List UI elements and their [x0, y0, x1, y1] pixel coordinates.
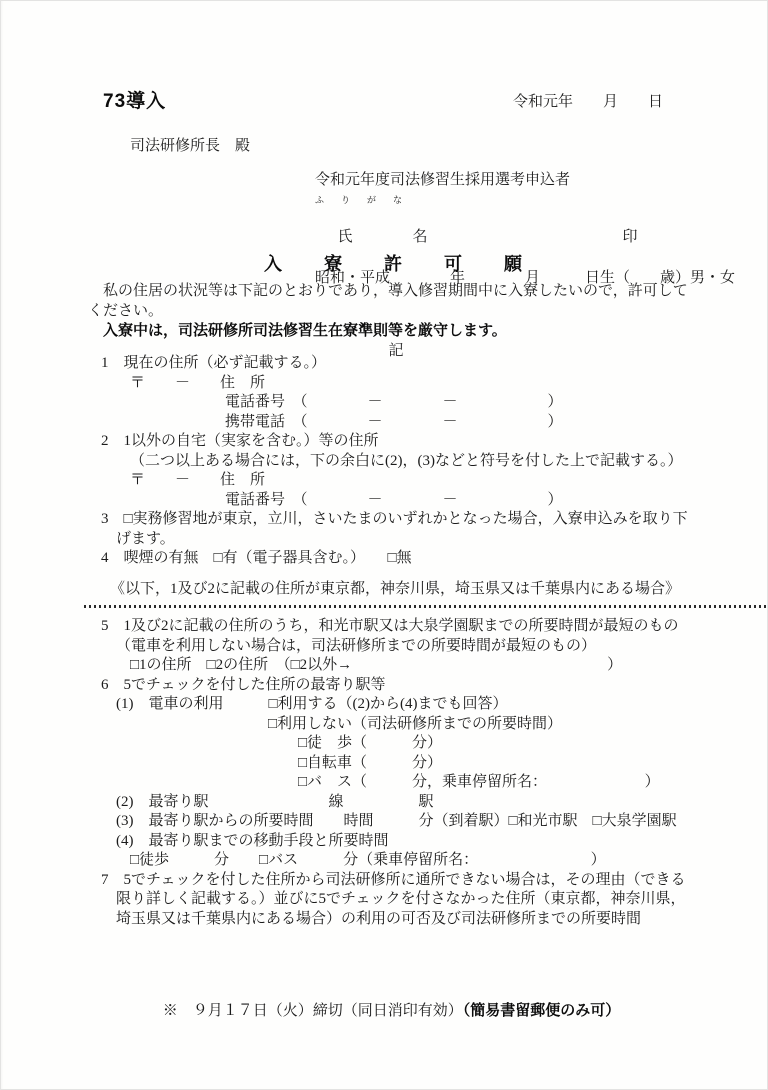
intro-line-2: ください。 [88, 301, 704, 321]
form-line: 電話番号 （ － － ） [88, 491, 728, 511]
form-line: 3 □実務修習地が東京，立川，さいたまのいずれかとなった場合，入寮申込みを取り下 [88, 510, 728, 530]
furigana-label: ふ り が な [315, 194, 735, 207]
form-line: 7 5でチェックを付した住所から司法研修所に通所できない場合は，その理由（できる [88, 871, 728, 891]
scanned-form-page: 73導入 令和元年 月 日 司法研修所長 殿 令和元年度司法修習生採用選考申込者… [0, 0, 768, 1090]
addressee-line: 司法研修所長 殿 [130, 134, 250, 155]
date-line: 令和元年 月 日 [513, 90, 663, 111]
form-line: 携帯電話 （ － － ） [88, 413, 728, 433]
form-line: 〒 － 住 所 [88, 374, 728, 394]
pledge-line: 入寮中は，司法研修所司法修習生在寮準則等を厳守します。 [88, 321, 704, 341]
form-section-1: 1 現在の住所（必ず記載する。）〒 － 住 所電話番号 （ － － ）携帯電話 … [88, 354, 728, 569]
conditional-note: 《以下，1及び2に記載の住所が東京都，神奈川県，埼玉県又は千葉県内にある場合》 [88, 580, 728, 600]
form-line: 2 1以外の自宅（実家を含む。）等の住所 [88, 432, 728, 452]
form-line: げます。 [88, 530, 728, 550]
form-line: （電車を利用しない場合は，司法研修所までの所要時間が最短のもの） [88, 637, 728, 657]
form-line: （二つ以上ある場合には，下の余白に(2)，(3)などと符号を付した上で記載する。… [88, 452, 728, 472]
form-line: (4) 最寄り駅までの移動手段と所要時間 [88, 832, 728, 852]
form-line: □徒歩 分 □バス 分（乗車停留所名： ） [88, 851, 728, 871]
form-line: 6 5でチェックを付した住所の最寄り駅等 [88, 676, 728, 696]
form-title: 入 寮 許 可 願 [88, 250, 700, 276]
form-line: 限り詳しく記載する。）並びに5でチェックを付さなかった住所（東京都，神奈川県， [88, 890, 728, 910]
form-line: □自転車（ 分） [88, 754, 728, 774]
applicant-title: 令和元年度司法修習生採用選考申込者 [315, 170, 735, 190]
form-line: (3) 最寄り駅からの所要時間 時間 分（到着駅）□和光市駅 □大泉学園駅 [88, 812, 728, 832]
form-line: (2) 最寄り駅 線 駅 [88, 793, 728, 813]
form-line: 1 現在の住所（必ず記載する。） [88, 354, 728, 374]
seal-label: 印 [623, 227, 638, 247]
name-label: 氏 名 [338, 229, 428, 245]
form-line: 電話番号 （ － － ） [88, 393, 728, 413]
form-line: 4 喫煙の有無 □有（電子器具含む。） □無 [88, 549, 728, 569]
form-section-2: 5 1及び2に記載の住所のうち，和光市駅又は大泉学園駅までの所要時間が最短のもの… [88, 617, 728, 929]
deadline-note-mail-restriction: （簡易書留郵便のみ可） [463, 1002, 621, 1019]
form-line: □バ ス（ 分，乗車停留所名： ） [88, 773, 728, 793]
form-code-label: 73導入 [103, 86, 166, 113]
form-line: □徒 歩（ 分） [88, 734, 728, 754]
dotted-separator [84, 605, 766, 608]
form-line: 埼玉県又は千葉県内にある場合）の利用の可否及び司法研修所までの所要時間 [88, 910, 728, 930]
intro-line-1: 私の住居の状況等は下記のとおりであり，導入修習期間中に入寮したいので，許可して [88, 281, 704, 301]
intro-paragraph: 私の住居の状況等は下記のとおりであり，導入修習期間中に入寮したいので，許可して … [88, 281, 704, 361]
form-line: □利用しない（司法研修所までの所要時間） [88, 715, 728, 735]
form-line: □1の住所 □2の住所 （□2以外→ ） [88, 656, 728, 676]
deadline-note-text: ※ ９月１７日（火）締切（同日消印有効） [163, 1003, 463, 1019]
form-line: 〒 － 住 所 [88, 471, 728, 491]
form-line: (1) 電車の利用 □利用する（(2)から(4)までも回答） [88, 695, 728, 715]
deadline-note: ※ ９月１７日（火）締切（同日消印有効）（簡易書留郵便のみ可） [0, 982, 768, 1037]
form-body: 1 現在の住所（必ず記載する。）〒 － 住 所電話番号 （ － － ）携帯電話 … [88, 354, 728, 929]
form-line: 5 1及び2に記載の住所のうち，和光市駅又は大泉学園駅までの所要時間が最短のもの [88, 617, 728, 637]
